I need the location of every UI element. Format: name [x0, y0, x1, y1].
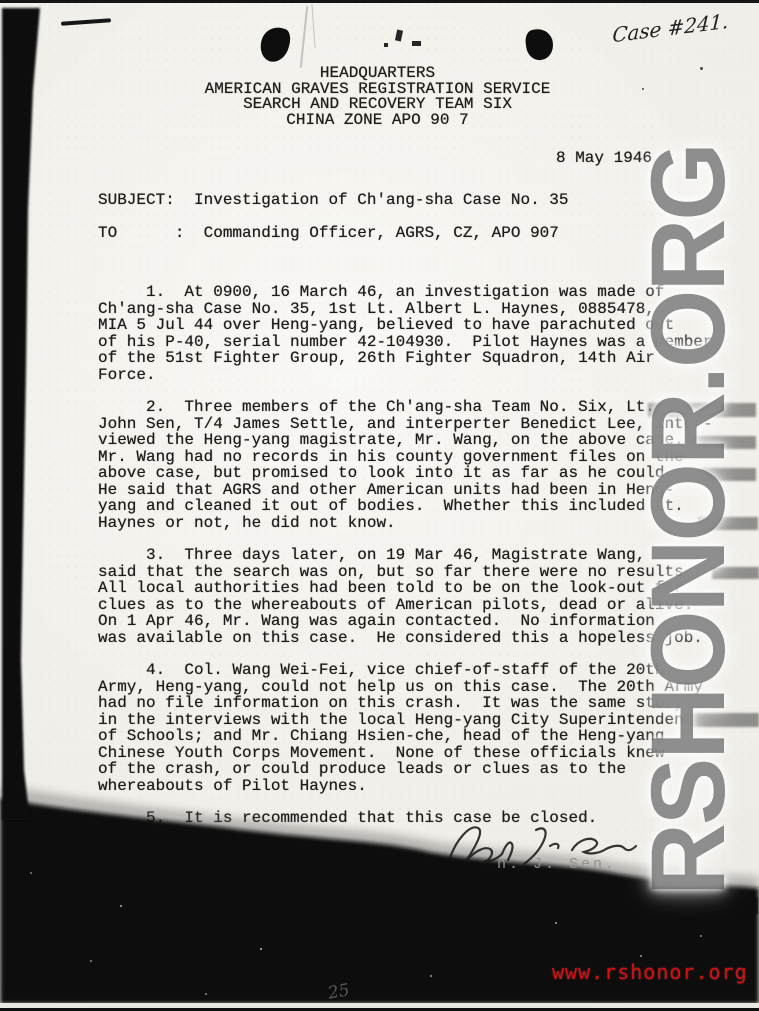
- punch-hole-right: [524, 27, 555, 61]
- ink-speck: [384, 43, 388, 47]
- scan-artifact-bar: [648, 403, 756, 417]
- paragraph-2: 2. Three members of the Ch'ang-sha Team …: [98, 399, 713, 531]
- to-line: TO : Commanding Officer, AGRS, CZ, APO 9…: [98, 224, 559, 242]
- subject-line: SUBJECT: Investigation of Ch'ang-sha Cas…: [98, 191, 568, 209]
- scanned-document-page: Case #241. HEADQUARTERS AMERICAN GRAVES …: [0, 0, 759, 1011]
- scan-artifact-bar: [698, 517, 758, 530]
- scan-artifact-bar: [688, 436, 756, 449]
- punch-hole-left: [257, 24, 293, 65]
- ink-dot: [700, 67, 703, 70]
- ink-speck: [395, 29, 403, 41]
- paragraph-3: 3. Three days later, on 19 Mar 46, Magis…: [98, 547, 713, 646]
- scan-artifact-bar: [690, 713, 759, 727]
- paragraph-1: 1. At 0900, 16 March 46, an investigatio…: [98, 284, 713, 383]
- scan-artifact-bar: [700, 468, 756, 481]
- pencil-page-number: 25: [326, 980, 351, 1003]
- site-url-watermark: www.rshonor.org: [552, 960, 748, 984]
- scan-artifact-bar: [712, 567, 759, 579]
- pen-dash-mark: [61, 18, 111, 25]
- scan-streak: [311, 4, 315, 48]
- letterhead-line-4: CHINA ZONE APO 90 7: [0, 113, 755, 129]
- ink-speck: [412, 41, 421, 46]
- scan-streak: [300, 6, 308, 68]
- document-body: 1. At 0900, 16 March 46, an investigatio…: [98, 284, 713, 843]
- scan-top-edge: [0, 0, 759, 3]
- typed-signature: n. J. Sen.: [497, 856, 617, 873]
- document-date: 8 May 1946: [556, 149, 652, 167]
- letterhead: HEADQUARTERS AMERICAN GRAVES REGISTRATIO…: [0, 66, 755, 128]
- paragraph-4: 4. Col. Wang Wei-Fei, vice chief-of-staf…: [98, 662, 713, 794]
- scan-artifact-bar: [627, 897, 758, 914]
- left-black-strip: [2, 8, 40, 820]
- case-number-annotation: Case #241.: [612, 9, 729, 48]
- ink-dot: [642, 88, 644, 90]
